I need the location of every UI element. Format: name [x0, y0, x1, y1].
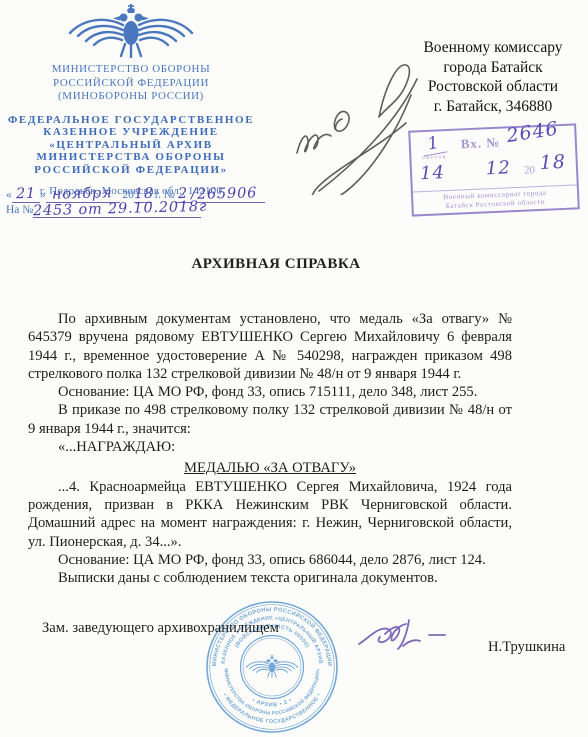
- document-body: По архивным документам установлено, что …: [28, 310, 512, 587]
- handwritten-incoming-number: 2646: [505, 118, 560, 147]
- paragraph: Основание: ЦА МО РФ, фонд 33, опись 6860…: [28, 551, 512, 569]
- org-line: МИНИСТЕРСТВА ОБОРОНЫ: [0, 151, 262, 164]
- stamp-eagle-icon: [246, 655, 298, 677]
- ministry-line: РОССИЙСКОЙ ФЕДЕРАЦИИ: [0, 77, 262, 91]
- handwritten-stamp-month: 12: [485, 157, 511, 179]
- paragraph: «...НАГРАЖДАЮ:: [28, 438, 512, 456]
- archival-certificate-page: МИНИСТЕРСТВО ОБОРОНЫ РОССИЙСКОЙ ФЕДЕРАЦИ…: [0, 0, 588, 737]
- handwritten-stamp-day: 14: [420, 162, 446, 184]
- signature-scribble: [353, 612, 463, 658]
- official-round-stamp: МИНИСТЕРСТВО ОБОРОНЫ РОССИЙСКОЙ ФЕДЕРАЦИ…: [205, 600, 339, 734]
- medal-subheading: МЕДАЛЬЮ «ЗА ОТВАГУ»: [28, 459, 512, 477]
- org-line: КАЗЕННОЕ УЧРЕЖДЕНИЕ: [0, 126, 262, 139]
- signer-name: Н.Трушкина: [488, 639, 565, 656]
- handwritten-day: 21: [16, 188, 36, 202]
- svg-text:• АРХИВ • 2 •: • АРХИВ • 2 •: [251, 697, 293, 708]
- paragraph: По архивным документам установлено, что …: [28, 310, 512, 383]
- handwritten-month: ноября: [52, 187, 113, 202]
- org-line: ФЕДЕРАЛЬНОЕ ГОСУДАРСТВЕННОЕ: [0, 114, 262, 127]
- organization-name: ФЕДЕРАЛЬНОЕ ГОСУДАРСТВЕННОЕ КАЗЕННОЕ УЧР…: [0, 114, 262, 177]
- handwritten-stamp-year: 18: [539, 151, 566, 174]
- sheets-label: листов: [415, 154, 453, 162]
- document-title: АРХИВНАЯ СПРАВКА: [0, 256, 552, 273]
- printed-century: 20: [524, 164, 536, 176]
- paragraph: Выписки даны с соблюдением текста оригин…: [28, 569, 512, 587]
- mod-eagle-emblem-icon: [65, 4, 197, 58]
- ref-label: На №: [6, 204, 33, 216]
- ministry-line: МИНИСТЕРСТВО ОБОРОНЫ: [0, 63, 262, 77]
- stamp-ring3-bottom-text: • АРХИВ • 2 •: [251, 697, 293, 708]
- year-prefix: 20: [122, 189, 134, 201]
- sheets-cell: 1 листов: [414, 133, 453, 162]
- incoming-number-label: Вх. №: [461, 135, 501, 153]
- reference-line: На №2453 от 29.10.2018г: [6, 203, 296, 220]
- handwritten-ref-value: 2453 от 29.10.2018г: [33, 201, 207, 219]
- paragraph: Основание: ЦА МО РФ, фонд 33, опись 7151…: [28, 383, 512, 401]
- incoming-registration-stamp: 1 листов Вх. № 2646 14 12 20 18 Военный …: [408, 123, 580, 216]
- paragraph: ...4. Красноармейца ЕВТУШЕНКО Сергея Мих…: [28, 478, 512, 551]
- paragraph: В приказе по 498 стрелковому полку 132 с…: [28, 401, 512, 438]
- outgoing-number-block: «21»ноября 2018 г. №2/265906 На №2453 от…: [6, 186, 296, 220]
- handwritten-sheets-count: 1: [420, 132, 447, 157]
- org-line: «ЦЕНТРАЛЬНЫЙ АРХИВ: [0, 139, 262, 152]
- org-line: РОССИЙСКОЙ ФЕДЕРАЦИИ»: [0, 164, 262, 177]
- ministry-line: (МИНОБОРОНЫ РОССИИ): [0, 90, 262, 104]
- ministry-name: МИНИСТЕРСТВО ОБОРОНЫ РОССИЙСКОЙ ФЕДЕРАЦИ…: [0, 63, 262, 104]
- letterhead: МИНИСТЕРСТВО ОБОРОНЫ РОССИЙСКОЙ ФЕДЕРАЦИ…: [0, 4, 262, 197]
